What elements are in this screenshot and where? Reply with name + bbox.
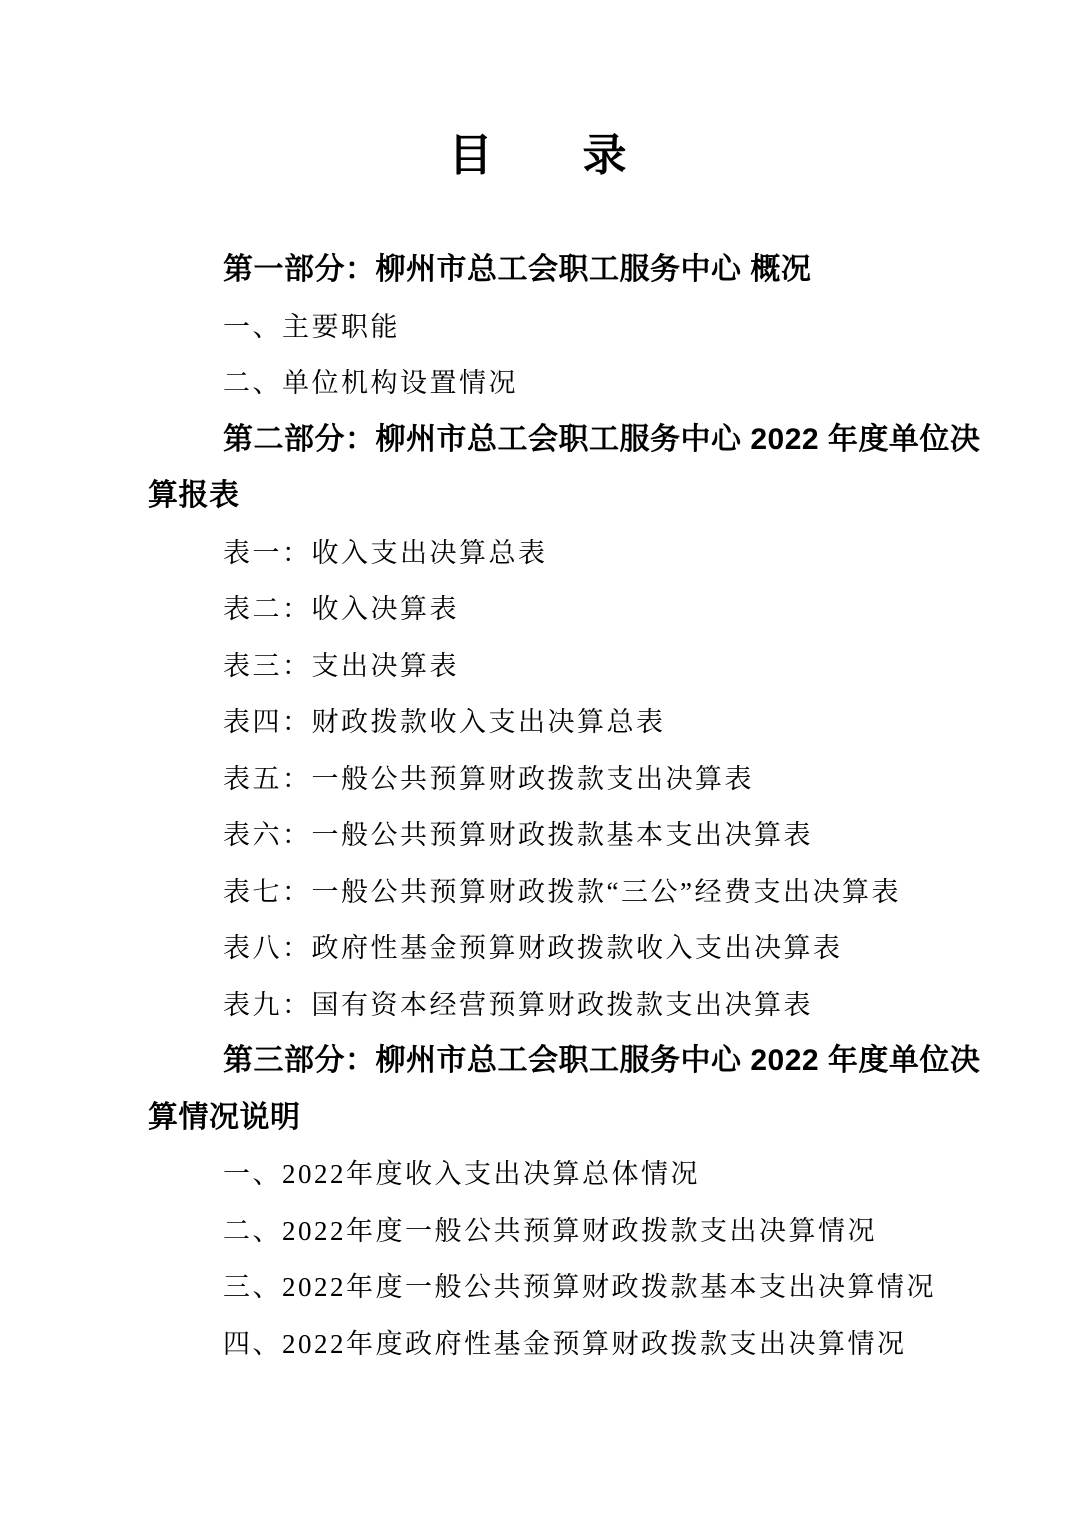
document-page: 目 录 第一部分：柳州市总工会职工服务中心 概况一、主要职能二、单位机构设置情况… bbox=[0, 0, 1075, 1520]
toc-item: 一、2022年度收入支出决算总体情况 bbox=[148, 1146, 927, 1203]
page-title-char-1: 目 bbox=[449, 126, 493, 186]
toc-item: 表五：一般公共预算财政拨款支出决算表 bbox=[148, 751, 927, 808]
toc-item: 一、主要职能 bbox=[148, 299, 927, 356]
toc-section-heading: 算情况说明 bbox=[148, 1090, 927, 1147]
toc-item: 表八：政府性基金预算财政拨款收入支出决算表 bbox=[148, 920, 927, 977]
toc-section-heading: 第二部分：柳州市总工会职工服务中心 2022 年度单位决 bbox=[148, 412, 927, 469]
toc-list: 第一部分：柳州市总工会职工服务中心 概况一、主要职能二、单位机构设置情况第二部分… bbox=[148, 242, 927, 1372]
toc-item: 二、单位机构设置情况 bbox=[148, 355, 927, 412]
toc-section-heading: 第三部分：柳州市总工会职工服务中心 2022 年度单位决 bbox=[148, 1033, 927, 1090]
toc-item: 表九：国有资本经营预算财政拨款支出决算表 bbox=[148, 977, 927, 1034]
toc-item: 表四：财政拨款收入支出决算总表 bbox=[148, 694, 927, 751]
toc-item: 四、2022年度政府性基金预算财政拨款支出决算情况 bbox=[148, 1316, 927, 1373]
toc-item: 二、2022年度一般公共预算财政拨款支出决算情况 bbox=[148, 1203, 927, 1260]
toc-item: 表三：支出决算表 bbox=[148, 638, 927, 695]
page-title-char-2: 录 bbox=[583, 126, 627, 186]
toc-item: 表七：一般公共预算财政拨款“三公”经费支出决算表 bbox=[148, 864, 927, 921]
toc-item: 表六：一般公共预算财政拨款基本支出决算表 bbox=[148, 807, 927, 864]
page-title: 目 录 bbox=[0, 126, 1075, 186]
toc-item: 表二：收入决算表 bbox=[148, 581, 927, 638]
toc-item: 三、2022年度一般公共预算财政拨款基本支出决算情况 bbox=[148, 1259, 927, 1316]
toc-section-heading: 第一部分：柳州市总工会职工服务中心 概况 bbox=[148, 242, 927, 299]
toc-section-heading: 算报表 bbox=[148, 468, 927, 525]
toc-item: 表一：收入支出决算总表 bbox=[148, 525, 927, 582]
